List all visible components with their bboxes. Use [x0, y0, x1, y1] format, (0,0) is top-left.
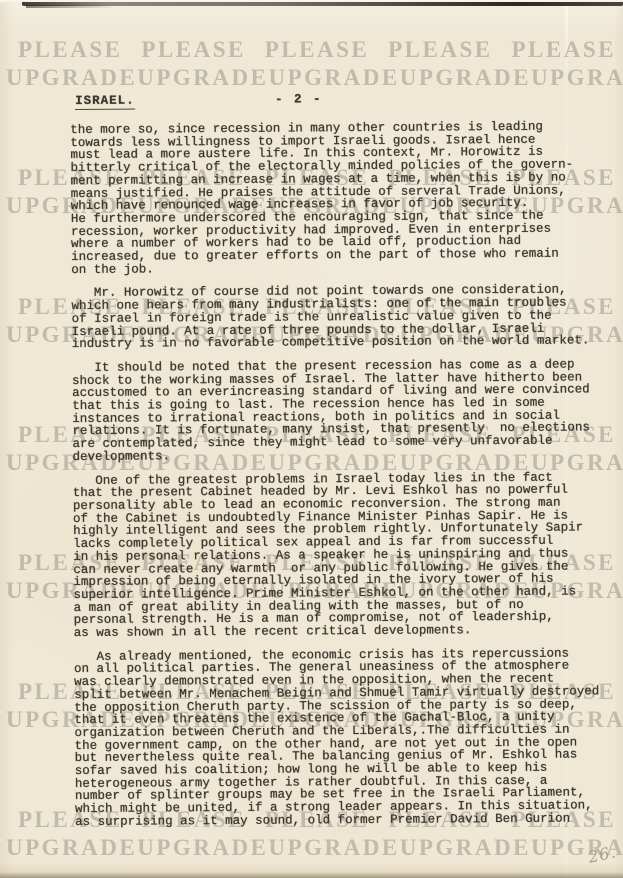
watermark-row: UPGRADEUPGRADEUPGRADEUPGRADEUPGRADE — [6, 66, 623, 89]
typed-content: ISRAEL. - 2 - the more so, since recessi… — [70, 91, 620, 839]
watermark-word: UPGRADE — [6, 66, 137, 89]
watermark-row: PLEASEPLEASEPLEASEPLEASEPLEASE — [18, 38, 616, 61]
document-title: ISRAEL. — [75, 94, 135, 110]
watermark-word: UPGRADE — [268, 836, 399, 859]
scan-edge-top-blotch — [26, 5, 116, 8]
watermark-word: PLEASE — [388, 38, 492, 61]
paragraph: the more so, since recession in many oth… — [70, 120, 616, 276]
watermark-word: PLEASE — [512, 38, 616, 61]
paragraph: It should be noted that the present rece… — [72, 358, 618, 463]
watermark-word: UPGRADE — [268, 66, 399, 89]
paragraph: As already mentioned, the economic crisi… — [74, 647, 620, 829]
document-header: ISRAEL. - 2 - — [70, 91, 615, 108]
watermark-word: UPGRADE — [400, 836, 531, 859]
paragraph: One of the greatest problems in Israel t… — [73, 471, 619, 640]
handwritten-page-number: 26. — [586, 842, 618, 867]
watermark-word: UPGRADE — [137, 836, 268, 859]
paragraph: Mr. Horowitz of course did not point tow… — [71, 284, 616, 351]
watermark-word: UPGRADE — [531, 66, 623, 89]
watermark-word: PLEASE — [18, 38, 122, 61]
watermark-word: PLEASE — [141, 38, 245, 61]
scanned-document-page: PLEASEPLEASEPLEASEPLEASEPLEASEUPGRADEUPG… — [0, 0, 623, 878]
typed-page-number: - 2 - — [275, 93, 323, 106]
watermark-word: UPGRADE — [400, 66, 531, 89]
watermark-word: UPGRADE — [137, 66, 268, 89]
scan-edge-bottom — [0, 872, 623, 878]
watermark-word: PLEASE — [265, 38, 369, 61]
